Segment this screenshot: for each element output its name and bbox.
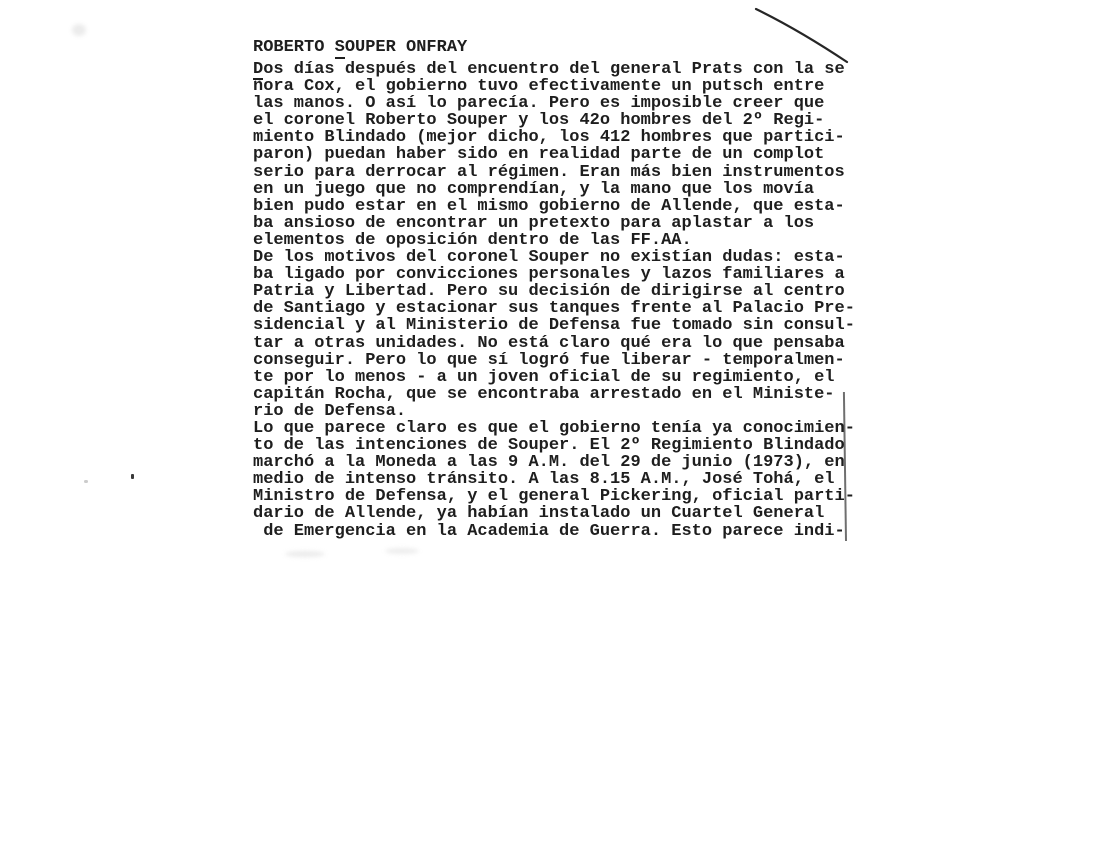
scan-smudge-bottom-left bbox=[285, 551, 325, 557]
document-title: ROBERTO SOUPER ONFRAY bbox=[253, 39, 467, 56]
scan-smudge-topleft bbox=[72, 24, 86, 36]
typewritten-text-block: Dos días después del encuentro del gener… bbox=[253, 61, 855, 540]
faint-speck-mark bbox=[84, 480, 88, 483]
ink-speck-mark bbox=[131, 474, 134, 479]
scan-smudge-bottom-right bbox=[385, 548, 419, 554]
title-s-underline-mark bbox=[335, 57, 345, 59]
scanned-document-page: ROBERTO SOUPER ONFRAY Dos días después d… bbox=[0, 0, 1100, 850]
